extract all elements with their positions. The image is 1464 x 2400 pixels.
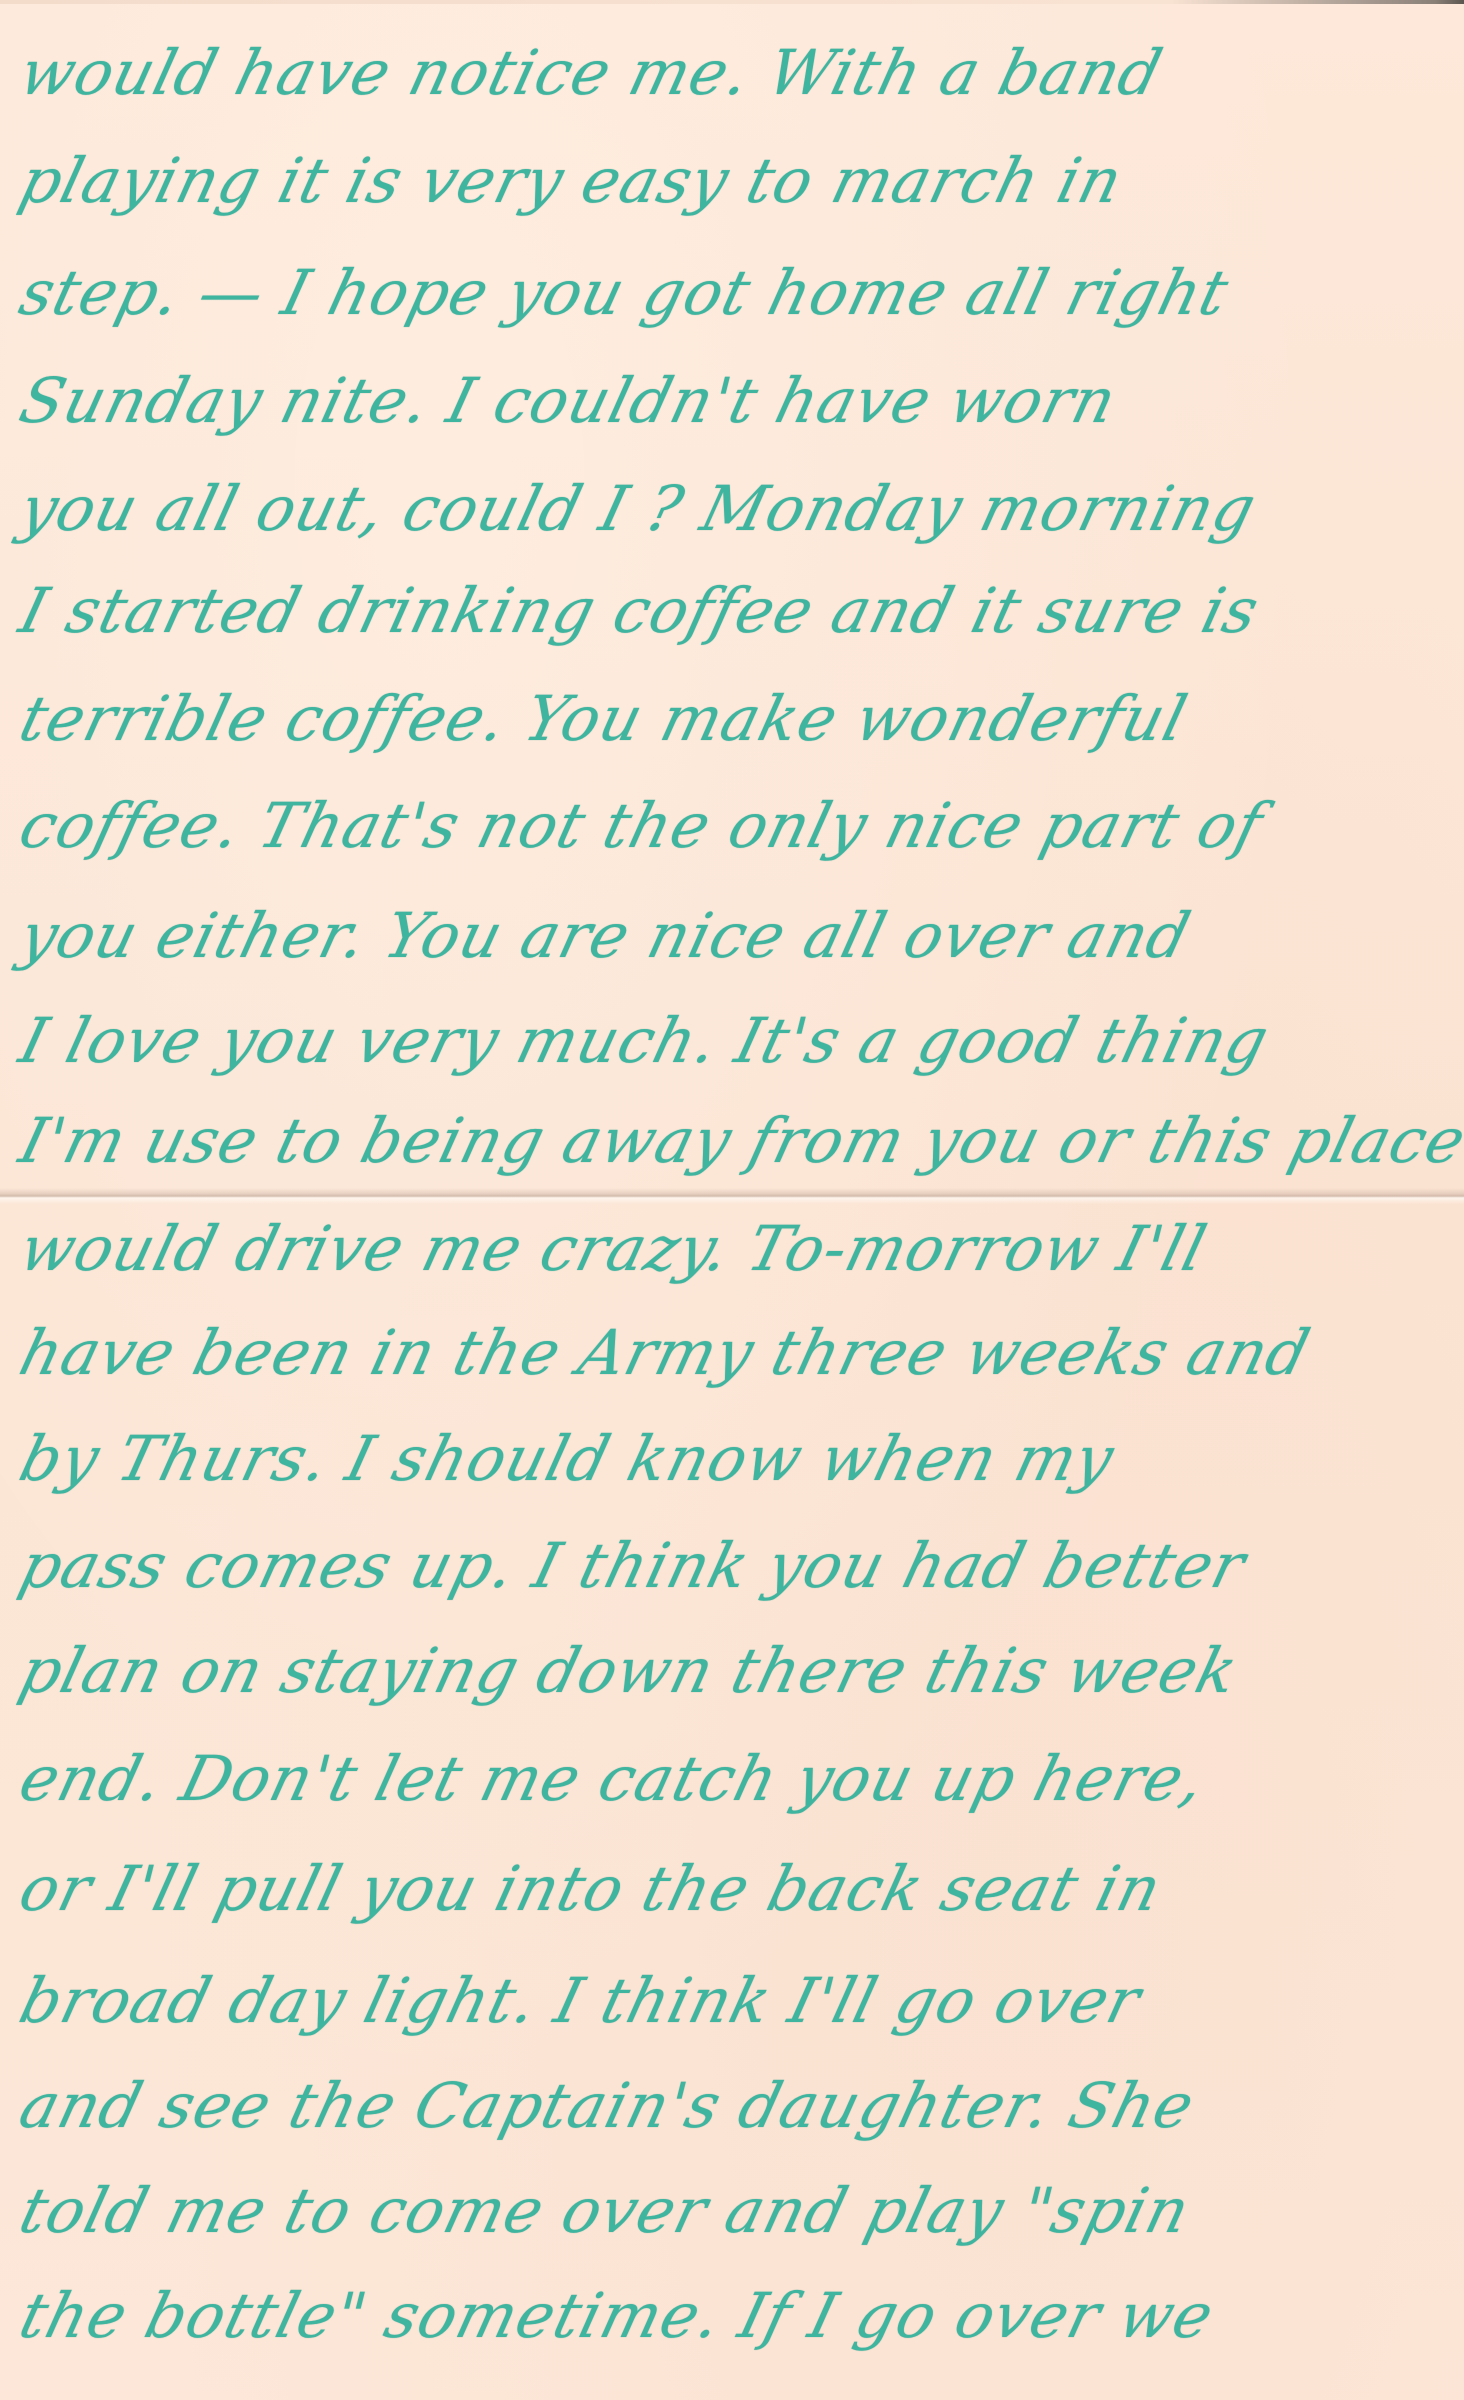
text-line: broad day light. I think I'll go over: [14, 1970, 1147, 2032]
text-line: I love you very much. It's a good thing: [14, 1010, 1275, 1072]
text-line: playing it is very easy to march in: [14, 150, 1129, 212]
text-line: you all out, could I ? Monday morning: [14, 478, 1262, 540]
text-line: have been in the Army three weeks and: [14, 1322, 1316, 1384]
text-line: and see the Captain's daughter. She: [14, 2075, 1200, 2137]
text-line: by Thurs. I should know when my: [14, 1428, 1120, 1490]
text-line: the bottle" sometime. If I go over we: [14, 2285, 1220, 2347]
text-line: told me to come over and play "spin: [14, 2180, 1196, 2242]
text-line: pass comes up. I think you had better: [14, 1535, 1251, 1597]
text-line: step. — I hope you got home all right: [14, 262, 1235, 324]
text-line: would have notice me. With a band: [14, 42, 1168, 104]
text-line: I'm use to being away from you or this p…: [14, 1110, 1464, 1172]
letter-page: would have notice me. With a band playin…: [0, 0, 1464, 2400]
text-line: or I'll pull you into the back seat in: [14, 1858, 1167, 1920]
handwritten-text-body: would have notice me. With a band playin…: [0, 0, 1464, 2400]
text-line: terrible coffee. You make wonderful: [14, 688, 1193, 750]
text-line: coffee. That's not the only nice part of: [14, 795, 1269, 857]
text-line: end. Don't let me catch you up here,: [14, 1748, 1211, 1810]
text-line: would drive me crazy. To-morrow I'll: [14, 1218, 1212, 1280]
text-line: you either. You are nice all over and: [14, 905, 1196, 967]
text-line: I started drinking coffee and it sure is: [14, 580, 1265, 642]
text-line: plan on staying down there this week: [14, 1640, 1244, 1702]
text-line: Sunday nite. I couldn't have worn: [14, 370, 1123, 432]
